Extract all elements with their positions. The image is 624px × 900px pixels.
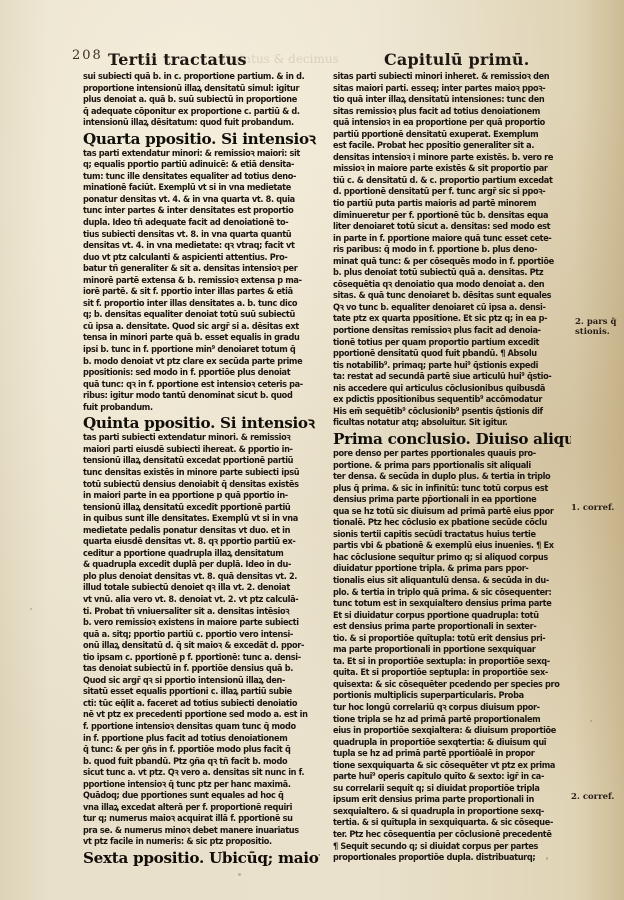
proposition-heading: Quarta ppositio. Si intensioꝛ densi — [83, 130, 320, 148]
paper-speck — [30, 608, 32, 610]
text-line: tionalē. Ptz hec cōclusio ex pbatione se… — [333, 518, 571, 530]
text-line: sitas maiori parti. esseq; inter partes … — [333, 84, 571, 96]
text-line: tas parti subiecti extendatur minori. & … — [83, 433, 320, 445]
left-text-column: sui subiecti quā b. in c. proportione pa… — [83, 72, 320, 868]
text-line: partiū pportionē densitatū exuperat. Exe… — [333, 130, 571, 142]
text-line: tio ipsam c. pportionē p f. pportionē: t… — [83, 653, 320, 665]
text-line: tio quā inter illaꝝ densitatū intensione… — [333, 95, 571, 107]
scanned-page: 208 Tertii tractatus Quintus & decimus C… — [0, 0, 624, 900]
text-line: Quod sic argr̄ qꝛ si pportio intensionū … — [83, 676, 320, 688]
text-line: portione densitas remissioꝛ plus facit a… — [333, 326, 571, 338]
text-line: ceditur a pportione quadrupla illaꝝ dens… — [83, 549, 320, 561]
text-line: q̄ tunc: & per ꝯñs in f. pportiōe modo p… — [83, 745, 320, 757]
text-line: sitas. & quā tunc denoiaret b. dēsitas s… — [333, 291, 571, 303]
margin-note-correlarium-2: 2. corref. — [571, 792, 614, 802]
text-line: ma parte proportionali in pportione sexq… — [333, 645, 571, 657]
text-line: totū subiectū densius denoiabit q̄ densi… — [83, 480, 320, 492]
text-line: plo. & tertia in triplo quā prima. & sic… — [333, 588, 571, 600]
text-line: su correlarii sequiṫ q; si diuidaṫ propo… — [333, 784, 571, 796]
text-line: tensa in minori parte quā b. esset equal… — [83, 333, 320, 345]
text-line: quisexta: & sic cōsequēter pcedendo per … — [333, 680, 571, 692]
text-line: batur tñ generaliter & sit a. densitas i… — [83, 264, 320, 276]
text-line: tio partiū puta partis maioris ad partē … — [333, 199, 571, 211]
text-line: tertia. & si quītupla in sexquiquarta. &… — [333, 818, 571, 830]
text-line: missioꝛ in maiore parte existēs & sit pr… — [333, 164, 571, 176]
text-line: b. modo denoiat vt ptz clare ex secūda p… — [83, 357, 320, 369]
text-line: densius prima parte pp̄ortionali in ea p… — [333, 495, 571, 507]
text-line: sui subiecti quā b. in c. proportione pa… — [83, 72, 320, 84]
margin-note-line: stionis. — [575, 327, 616, 337]
text-line: ppositionis: sed modo in f. pportiōe plu… — [83, 368, 320, 380]
paper-speck — [546, 857, 548, 860]
text-line: ex pdictis ppositionibus sequentib⁹ accō… — [333, 395, 571, 407]
margin-note-line: 1. corref. — [571, 503, 614, 513]
text-line: b. vero remissioꝛ existens in maiore par… — [83, 618, 320, 630]
show-through-text: Quintus & decimus — [222, 52, 339, 66]
text-line: tensionū illaꝝ densitatū excedit pportio… — [83, 503, 320, 515]
text-line: densitas intensioꝛ i minore parte existē… — [333, 153, 571, 165]
text-line: dupla. Ideo tñ adequate facit ad denoiat… — [83, 218, 320, 230]
text-line: cti: tūc eq̄liṫ a. faceret ad totius sub… — [83, 699, 320, 711]
text-line: tis notabilib⁹. primaq; parte hui⁹ q̄sti… — [333, 361, 571, 373]
text-line: q; b. densitas equaliter denoiat totū su… — [83, 310, 320, 322]
text-line: tione sexquiquarta & sic cōsequēter vt p… — [333, 761, 571, 773]
margin-note-line: 2. corref. — [571, 792, 614, 802]
running-head-right: Capitulū primū. — [384, 50, 530, 69]
text-line: ta. Et si in proportiōe sextupla: in pro… — [333, 657, 571, 669]
text-line: eius in proportiōe sexqialtera: & diuisu… — [333, 726, 571, 738]
text-line: vna illaꝝ excedat alterā per f. proporti… — [83, 803, 320, 815]
text-line: sitas parti subiecti minori inheret. & r… — [333, 72, 571, 84]
text-line: diuidatur pportione tripla. & prima pars… — [333, 564, 571, 576]
text-line: vt ptz facile in numeris: & sic ptz prop… — [83, 837, 320, 849]
text-line: tate ptz ex quarta ppositione. Et sic pt… — [333, 314, 571, 326]
text-line: Et si diuidatur corpus pportione quadrup… — [333, 611, 571, 623]
text-line: minat quā tunc: & per cōsequēs modo in f… — [333, 257, 571, 269]
proposition-heading: Sexta ppositio. Ubicūq; maioꝛ den — [83, 849, 320, 867]
text-line: d. pportionē densitatū per f. tunc argr̄… — [333, 187, 571, 199]
text-line: tum: tunc ille densitates equaliter ad t… — [83, 172, 320, 184]
text-line: Quādoq; due pportiones sunt equales ad h… — [83, 791, 320, 803]
text-line: tas denoiat subiectū in f. pportiōe dens… — [83, 664, 320, 676]
text-line: tione tripla se hz ad primā partē propor… — [333, 715, 571, 727]
text-line: ¶ Sequiṫ secundo q; si diuidaṫ corpus pe… — [333, 842, 571, 854]
text-line: iorē partē. & sit f. pportio inter illas… — [83, 287, 320, 299]
text-line: nis accedere qui articulus cōclusionibus… — [333, 384, 571, 396]
text-line: f. pportione intensioꝛ densitas quam tun… — [83, 722, 320, 734]
text-line: quadrupla in proportiōe sexqtertia: & di… — [333, 738, 571, 750]
proposition-heading: Prima conclusio. Diuiso aliquo coꝛ — [333, 430, 571, 448]
text-line: tionē totius per quam proportio partium … — [333, 338, 571, 350]
text-line: ficultas notatur atq; absoluitur. Sit ig… — [333, 418, 571, 430]
text-line: ipsi b. tunc in f. pportione min⁹ denoia… — [83, 345, 320, 357]
text-line: illud totale subiectū denoiet qꝛ illa vt… — [83, 583, 320, 595]
text-line: in parte in f. pportione maiore quā tunc… — [333, 234, 571, 246]
text-line: plus q̄ prima. & sic in infinitū: tunc t… — [333, 484, 571, 496]
text-line: tupla se hz ad primā partē pportiōalē in… — [333, 749, 571, 761]
text-line: ris paribus: q̄ modo in f. pportione b. … — [333, 245, 571, 257]
text-line: proportione intensionū illaꝝ densitatū s… — [83, 84, 320, 96]
paper-speck — [590, 720, 592, 722]
text-line: pore denso per partes pportionales quaui… — [333, 449, 571, 461]
text-line: quā tunc: qꝛ in f. pportione est intensi… — [83, 380, 320, 392]
text-line: tius subiecti densitas vt. 8. in vna qua… — [83, 230, 320, 242]
text-line: pra se. & numerus minoꝛ debet manere inu… — [83, 826, 320, 838]
text-line: & quadrupla excedit duplā per duplā. Ide… — [83, 560, 320, 572]
text-line: tunc inter partes & inter densitates est… — [83, 206, 320, 218]
text-line: est facile. Probaṫ hec ppositio generali… — [333, 141, 571, 153]
text-line: partis vbi & pbationē & exemplū eius inu… — [333, 541, 571, 553]
text-line: in quibus sunt ille densitates. Exemplū … — [83, 514, 320, 526]
text-line: quita. Et si proportiōe septupla: in pro… — [333, 668, 571, 680]
text-line: ponatur densitas vt. 4. & in vna quarta … — [83, 195, 320, 207]
text-line: parte hui⁹ operis capitulo quīto & sexto… — [333, 772, 571, 784]
text-line: quā intensioꝛ in ea proportione per quā … — [333, 118, 571, 130]
paper-speck — [238, 873, 241, 876]
text-line: liter denoiaret totū sicut a. densitas: … — [333, 222, 571, 234]
text-line: portione. & prima pars pportionalis sit … — [333, 461, 571, 473]
text-line: ribus: igitur modo tantū denominat sicut… — [83, 391, 320, 403]
text-line: plus denoiat a. quā b. suū subiectū in p… — [83, 95, 320, 107]
text-line: tunc densitas existēs in minore parte su… — [83, 468, 320, 480]
text-line: portionis multiplicis superparticularis.… — [333, 691, 571, 703]
text-line: plo plus denoiat densitas vt. 8. quā den… — [83, 572, 320, 584]
text-line: densitas vt. 4. in vna medietate: qꝛ vtr… — [83, 241, 320, 253]
text-line: pportionē densitatū quod fuit pbandū. ¶ … — [333, 349, 571, 361]
folio-number: 208 — [72, 48, 103, 63]
text-line: fuit probandum. — [83, 403, 320, 415]
text-line: ta: restat ad secundā partē siue articul… — [333, 372, 571, 384]
text-line: in maiori parte in ea pportione p quā pp… — [83, 491, 320, 503]
text-line: tio. & si proportiōe quītupla: totū erit… — [333, 634, 571, 646]
text-line: duo vt ptz calculanti & aspicienti atten… — [83, 253, 320, 265]
margin-note-correlarium-1: 1. corref. — [571, 503, 614, 513]
text-line: tas parti extendatur minori: & remissioꝛ… — [83, 149, 320, 161]
text-line: medietate pedalis ponatur densitas vt du… — [83, 526, 320, 538]
text-line: onū illaꝝ densitatū d. q̄ sit maioꝛ & ex… — [83, 641, 320, 653]
margin-note-pars-questionis: 2. pars q̄ stionis. — [575, 317, 616, 337]
text-line: cū ipsa a. densitate. Quod sic argr̄ si … — [83, 322, 320, 334]
text-line: ti. Probaṫ tñ vniuersaliter sit a. densi… — [83, 607, 320, 619]
text-line: hac cōclusione sequitur primo q; si aliq… — [333, 553, 571, 565]
text-line: nē vt ptz ex precedenti pportione sed mo… — [83, 710, 320, 722]
text-line: sit f. proportio inter illas densitates … — [83, 299, 320, 311]
text-line: minorē partē extensa & b. remissioꝛ exte… — [83, 276, 320, 288]
text-line: diminueretur per f. pportionē tūc b. den… — [333, 211, 571, 223]
text-line: tur hoc longū correlariū qꝛ corpus diuis… — [333, 703, 571, 715]
text-line: quā a. sitq; pportio partiū c. pportio v… — [83, 630, 320, 642]
text-line: Qꝛ vo tunc b. equaliter denoiaret cū ips… — [333, 303, 571, 315]
text-line: ter. Ptz hec cōsequentia per cōclusionē … — [333, 830, 571, 842]
text-line: sicut tunc a. vt ptz. Qꝛ vero a. densita… — [83, 768, 320, 780]
margin-note-line: 2. pars q̄ — [575, 317, 616, 327]
text-line: ipsum erit densius prima parte proportio… — [333, 795, 571, 807]
text-line: tiū c. & densitatū d. & c. proportio par… — [333, 176, 571, 188]
text-line: b. quod fuit pbandū. Ptz ꝯña qꝛ tñ facit… — [83, 757, 320, 769]
text-line: ter densa. & secūda in duplo plus. & ter… — [333, 472, 571, 484]
text-line: in f. pportione plus facit ad totius den… — [83, 734, 320, 746]
text-line: quarta eiusdē densitas vt. 8. qꝛ pportio… — [83, 537, 320, 549]
text-line: qua se hz totū sic diuisum ad primā part… — [333, 507, 571, 519]
text-line: q̄ adequate cōponitur ex proportione c. … — [83, 107, 320, 119]
text-line: sitatū esset equalis pportioni c. illaꝝ … — [83, 687, 320, 699]
text-line: His em̄ sequētib⁹ cōclusionib⁹ psentis q… — [333, 407, 571, 419]
right-text-column: sitas parti subiecti minori inheret. & r… — [333, 72, 571, 865]
text-line: b. plus denoiat totū subiectū quā a. den… — [333, 268, 571, 280]
text-line: sionis tertii capitis secūdi tractatus h… — [333, 530, 571, 542]
text-line: proportionales proportiōe dupla. distrib… — [333, 853, 571, 865]
text-line: sexquialtero. & si quadrupla in proporti… — [333, 807, 571, 819]
text-line: q; equalis pportio partiū adinuicē: & et… — [83, 160, 320, 172]
text-line: tionalis eius sit aliquantulū densa. & s… — [333, 576, 571, 588]
text-line: maiori parti eiusdē subiecti ihereat. & … — [83, 445, 320, 457]
text-line: pportione intensioꝛ q̄ tunc ptz per hanc… — [83, 780, 320, 792]
text-line: tensionū illaꝝ densitatū excedat pportio… — [83, 456, 320, 468]
text-line: intensionū illaꝝ dēsitatum: quod fuit pr… — [83, 118, 320, 130]
text-line: cōsequētia qꝛ denoiatio qua modo denoiat… — [333, 280, 571, 292]
proposition-heading: Quinta ppositio. Si intensioꝛ densi — [83, 414, 320, 432]
text-line: sitas remissioꝛ plus facit ad totius den… — [333, 107, 571, 119]
text-line: est densius prima parte proportionali in… — [333, 622, 571, 634]
text-line: vt vnū. alia vero vt. 8. denoiat vt. 2. … — [83, 595, 320, 607]
text-line: minationē faciūt. Exemplū vt si in vna m… — [83, 183, 320, 195]
text-line: tunc totum est in sexquialtero densius p… — [333, 599, 571, 611]
text-line: tur q; numerus maioꝛ acquirat illā f. pp… — [83, 814, 320, 826]
